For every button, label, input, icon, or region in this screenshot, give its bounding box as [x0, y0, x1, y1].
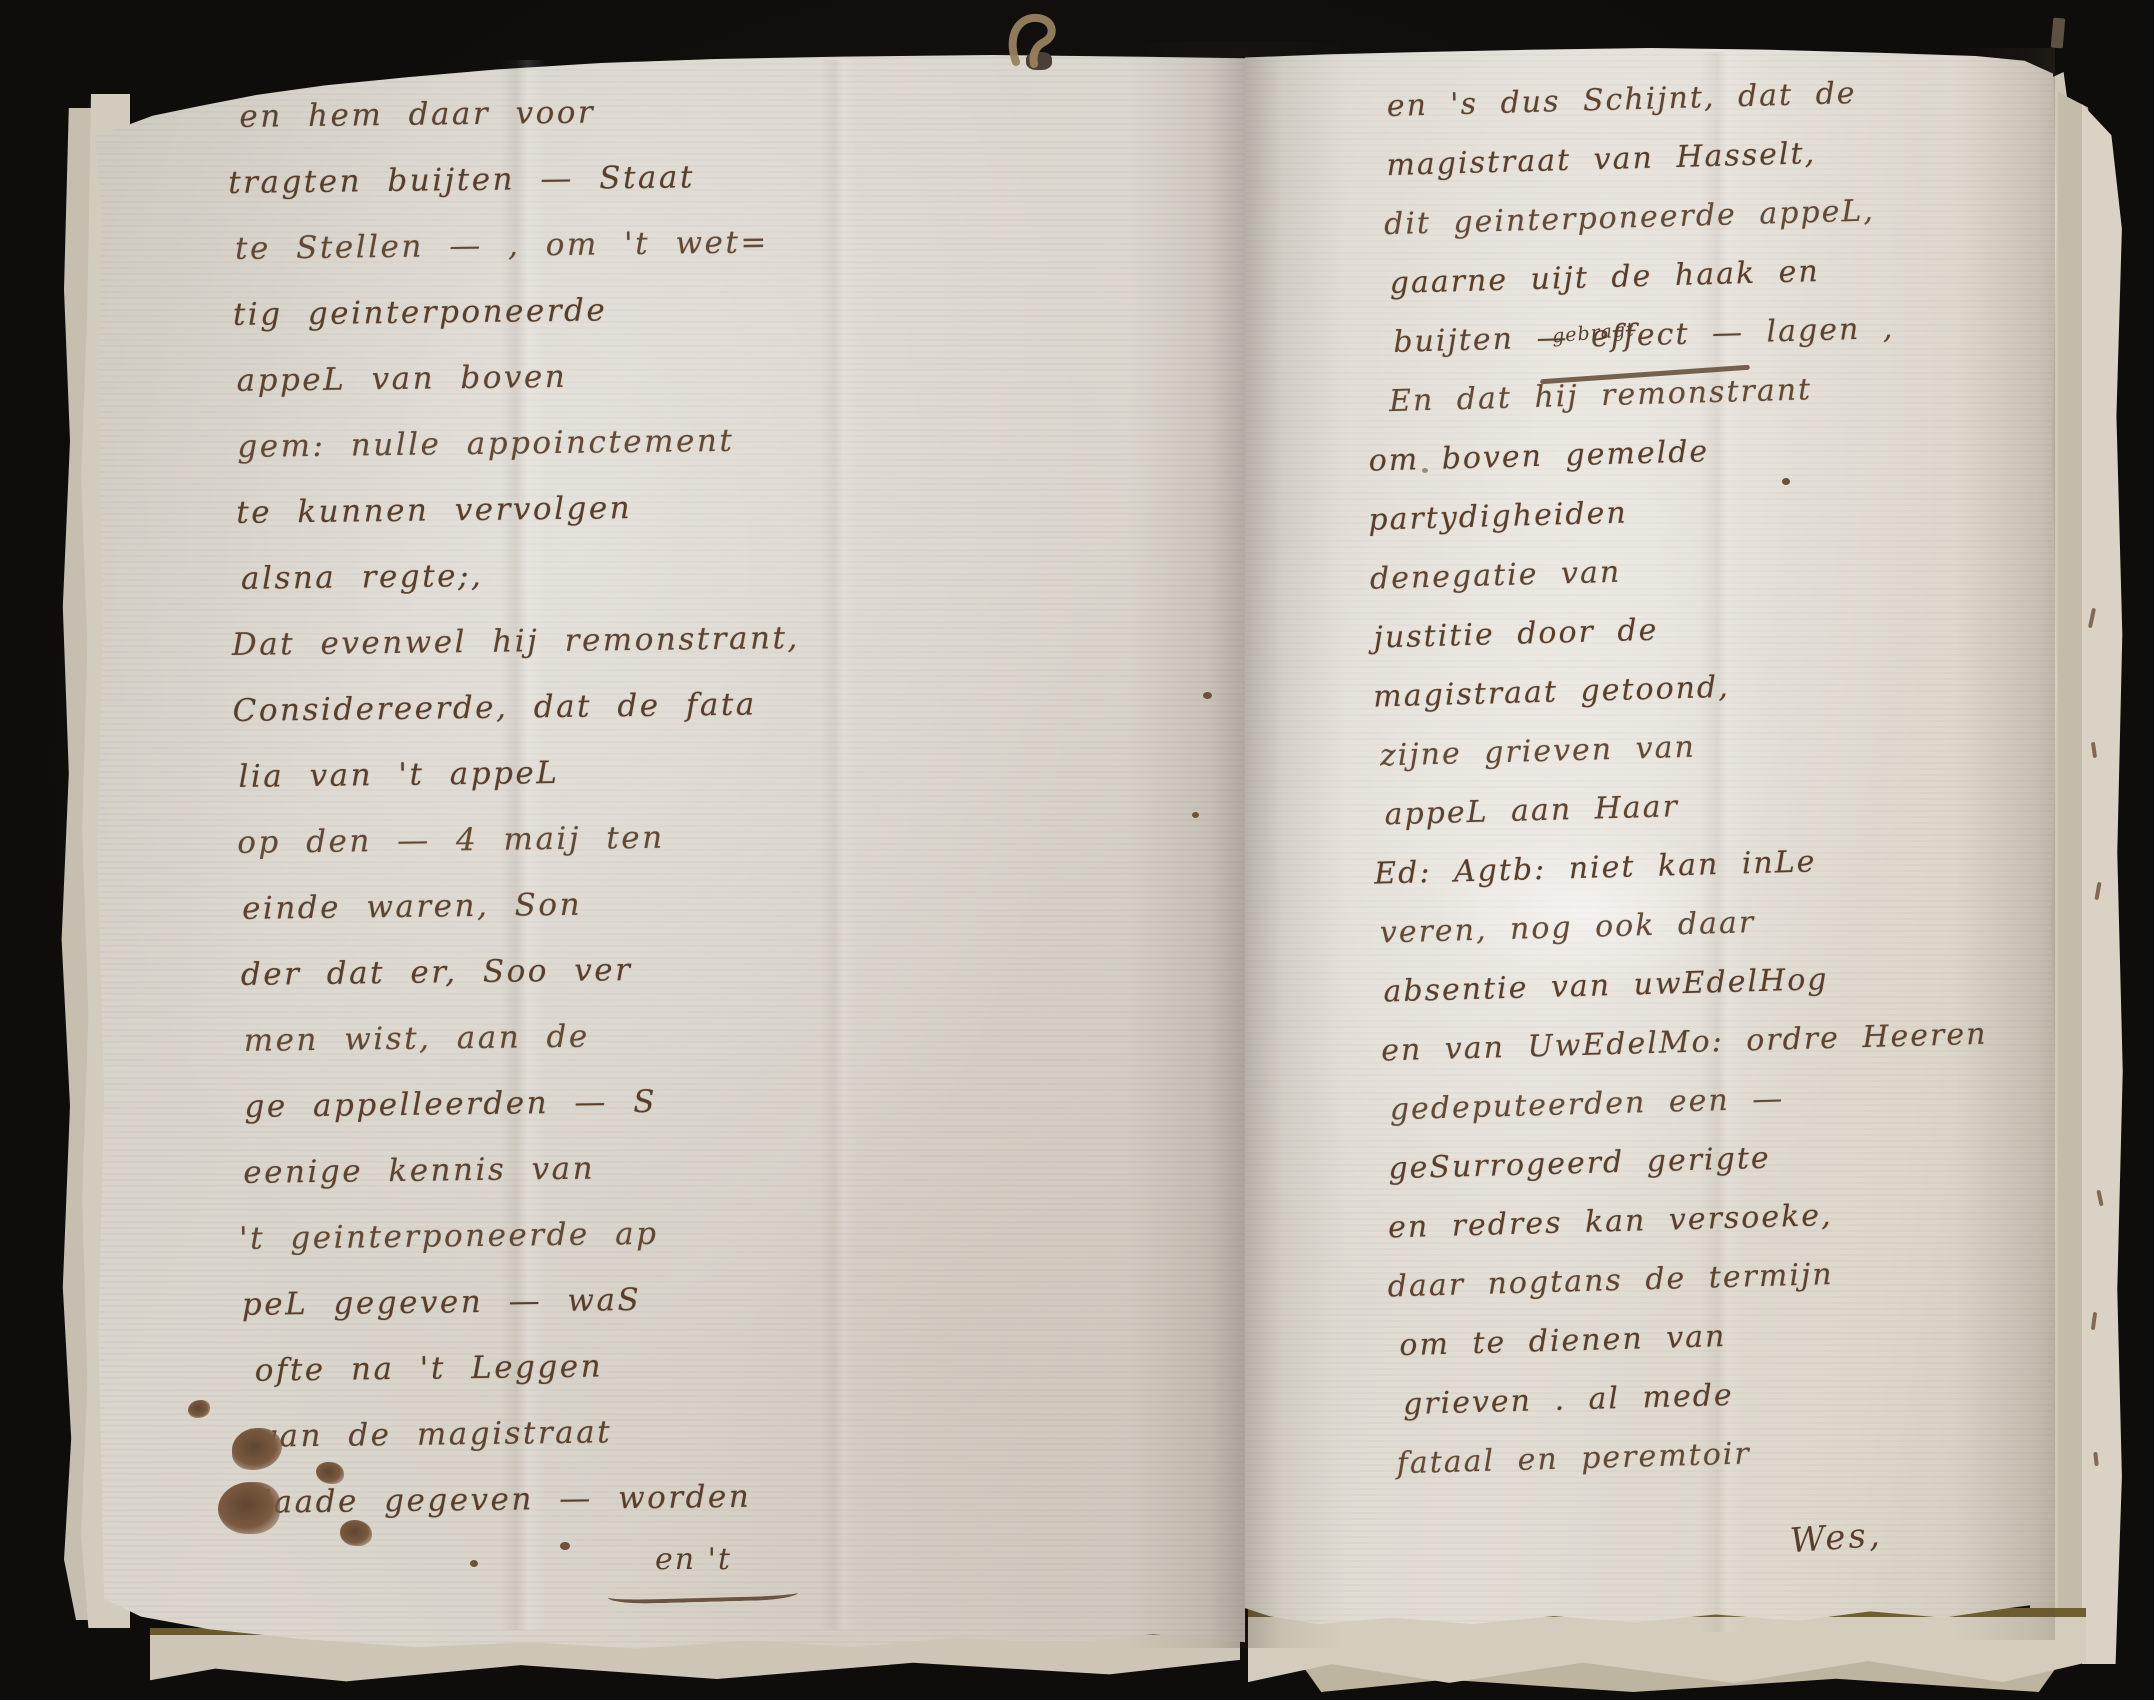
- manuscript-line: van de magistraat: [241, 1395, 942, 1470]
- ink-fleck: [1192, 812, 1199, 818]
- manuscript-line: gem: nulle appoinctement: [229, 405, 930, 480]
- ink-fleck: [470, 1560, 478, 1567]
- manuscript-line: te kunnen vervolgen: [230, 471, 931, 546]
- manuscript-line: tig geinterponeerde: [227, 273, 928, 348]
- manuscript-line: tragten buijten — Staat: [226, 141, 927, 216]
- ink-blot: [218, 1482, 280, 1534]
- left-page-catchword: en 't: [655, 1542, 732, 1577]
- ink-blot: [316, 1462, 344, 1484]
- manuscript-line: peL gegeven — waS: [240, 1263, 941, 1338]
- photo-stage: en hem daar voortragten buijten — Staatt…: [0, 0, 2154, 1700]
- binding-tab: [2051, 18, 2066, 49]
- manuscript-line: 't geinterponeerde ap: [239, 1197, 940, 1272]
- right-page-stack-edge: [2082, 104, 2124, 1664]
- binding-thread-icon: [1002, 8, 1078, 70]
- ink-fleck: [1203, 692, 1212, 699]
- right-page-text: en 's dus Schijnt, dat demagistraat van …: [1352, 60, 2051, 1494]
- manuscript-line: Considereerde, dat de fata: [232, 669, 933, 744]
- manuscript-line: alsna regte;,: [231, 537, 932, 612]
- manuscript-line: men wist, aan de: [236, 999, 937, 1074]
- manuscript-line: einde waren, Son: [235, 867, 936, 942]
- ink-blot: [340, 1520, 372, 1546]
- manuscript-line: der dat er, Soo ver: [235, 933, 936, 1008]
- manuscript-line: lia van 't appeL: [233, 735, 934, 810]
- manuscript-line: ofte na 't Leggen: [240, 1329, 941, 1404]
- manuscript-line: op den — 4 maij ten: [234, 801, 935, 876]
- manuscript-line: ge appelleerden — S: [237, 1065, 938, 1140]
- right-page-catchword: Wes,: [1789, 1515, 1884, 1561]
- manuscript-line: eenige kennis van: [238, 1131, 939, 1206]
- manuscript-line: Dat evenwel hij remonstrant,: [231, 603, 932, 678]
- left-page-text: en hem daar voortragten buijten — Staatt…: [225, 75, 943, 1535]
- manuscript-line: te Stellen — , om 't wet=: [227, 207, 928, 282]
- ink-fleck: [560, 1542, 570, 1550]
- ink-fleck: [1782, 478, 1790, 485]
- manuscript-line: en hem daar voor: [225, 75, 926, 150]
- ink-fleck: [1422, 468, 1428, 473]
- manuscript-line: appeL van boven: [228, 339, 929, 414]
